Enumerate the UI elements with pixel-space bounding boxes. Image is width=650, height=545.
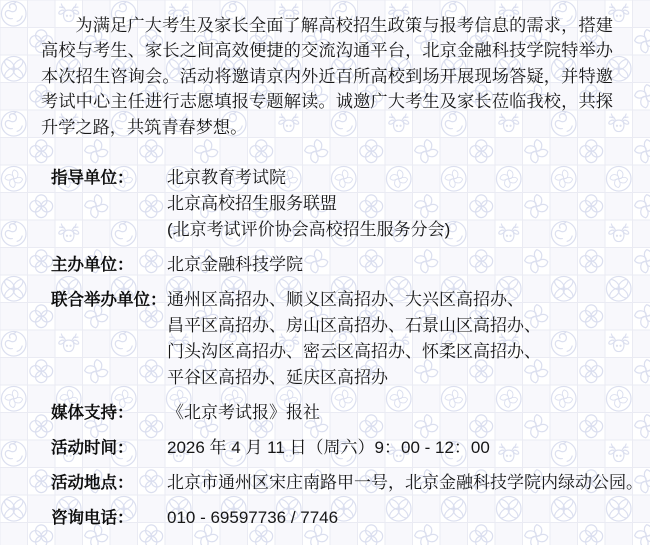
info-line: 《北京考试报》报社 <box>167 400 320 426</box>
info-row: 活动地点： 北京市通州区宋庄南路甲一号，北京金融科技学院内绿动公园。 <box>51 470 613 496</box>
info-label: 指导单位： <box>51 165 167 191</box>
info-label: 活动时间： <box>51 435 167 461</box>
info-row: 活动时间： 2026 年 4 月 11 日（周六）9：00 - 12：00 <box>51 435 613 461</box>
info-line: 北京教育考试院 <box>167 165 450 191</box>
info-value: 010 - 69597736 / 7746 <box>167 505 338 531</box>
info-label: 活动地点： <box>51 470 167 496</box>
info-label: 咨询电话： <box>51 505 167 531</box>
announcement-document: 为满足广大考生及家长全面了解高校招生政策与报考信息的需求，搭建高校与考生、家长之… <box>0 0 650 545</box>
info-label: 媒体支持： <box>51 400 167 426</box>
info-line: 通州区高招办、顺义区高招办、大兴区高招办、 <box>167 287 541 313</box>
info-line: 010 - 69597736 / 7746 <box>167 505 338 531</box>
info-line: 北京金融科技学院 <box>167 252 303 278</box>
info-value: 北京金融科技学院 <box>167 252 303 278</box>
info-list: 指导单位： 北京教育考试院北京高校招生服务联盟(北京考试评价协会高校招生服务分会… <box>51 165 613 531</box>
info-value: 通州区高招办、顺义区高招办、大兴区高招办、昌平区高招办、房山区高招办、石景山区高… <box>167 287 541 391</box>
info-line: 北京市通州区宋庄南路甲一号，北京金融科技学院内绿动公园。 <box>167 470 613 496</box>
info-line: 门头沟区高招办、密云区高招办、怀柔区高招办、 <box>167 339 541 365</box>
intro-paragraph: 为满足广大考生及家长全面了解高校招生政策与报考信息的需求，搭建高校与考生、家长之… <box>41 13 613 140</box>
info-line: 2026 年 4 月 11 日（周六）9：00 - 12：00 <box>167 435 490 461</box>
info-line: 昌平区高招办、房山区高招办、石景山区高招办、 <box>167 313 541 339</box>
info-value: 北京市通州区宋庄南路甲一号，北京金融科技学院内绿动公园。 <box>167 470 613 496</box>
info-row: 联合举办单位： 通州区高招办、顺义区高招办、大兴区高招办、昌平区高招办、房山区高… <box>51 287 613 391</box>
info-label: 联合举办单位： <box>51 287 167 313</box>
info-label: 主办单位： <box>51 252 167 278</box>
info-line: 平谷区高招办、延庆区高招办 <box>167 365 541 391</box>
info-row: 指导单位： 北京教育考试院北京高校招生服务联盟(北京考试评价协会高校招生服务分会… <box>51 165 613 243</box>
info-row: 咨询电话： 010 - 69597736 / 7746 <box>51 505 613 531</box>
info-value: 北京教育考试院北京高校招生服务联盟(北京考试评价协会高校招生服务分会) <box>167 165 450 243</box>
info-value: 《北京考试报》报社 <box>167 400 320 426</box>
info-line: (北京考试评价协会高校招生服务分会) <box>167 217 450 243</box>
document-content: 为满足广大考生及家长全面了解高校招生政策与报考信息的需求，搭建高校与考生、家长之… <box>0 0 650 531</box>
info-row: 媒体支持： 《北京考试报》报社 <box>51 400 613 426</box>
info-line: 北京高校招生服务联盟 <box>167 191 450 217</box>
info-row: 主办单位： 北京金融科技学院 <box>51 252 613 278</box>
info-value: 2026 年 4 月 11 日（周六）9：00 - 12：00 <box>167 435 490 461</box>
